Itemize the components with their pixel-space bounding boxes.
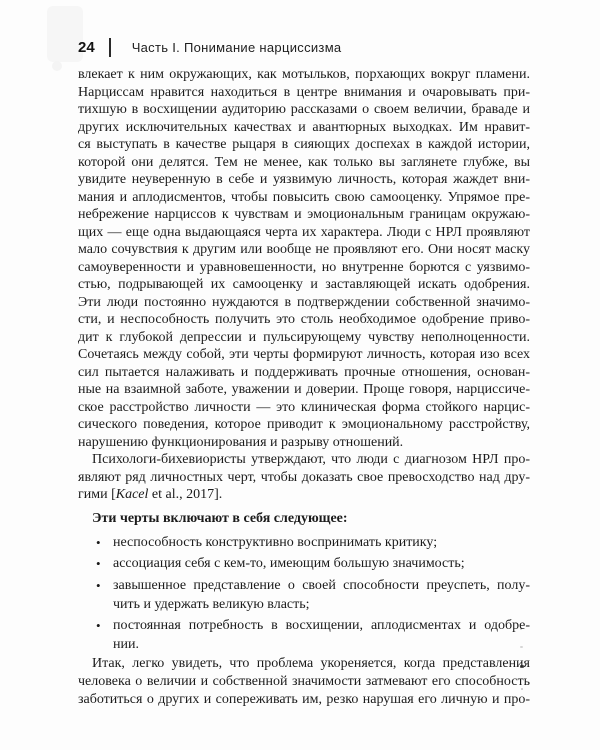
text-line: неспособность конструктивно воспринимать… <box>113 533 530 552</box>
text-line: являют ряд личностных черт, чтобы доказа… <box>78 469 530 487</box>
bullet-icon: • <box>78 616 113 654</box>
list-heading: Эти черты включают в себя следующее: <box>78 510 530 528</box>
text-line: которой они делятся. Тем не менее, как т… <box>78 154 530 172</box>
text-line: Эти люди постоянно нуждаются в подтвержд… <box>78 294 530 312</box>
text-line: Нарциссам нравится находиться в центре в… <box>78 84 530 102</box>
list-item: •ассоциация себя с кем-то, имеющим больш… <box>78 554 530 573</box>
text-line: ные на взаимной заботе, уважении и довер… <box>78 381 530 399</box>
page-content: влекает к ним окружающих, как мотыльков,… <box>78 66 530 709</box>
list-item: •неспособность конструктивно воспринимат… <box>78 533 530 552</box>
scan-artifact <box>52 61 62 71</box>
text-line: Итак, легко увидеть, что проблема укорен… <box>78 655 530 673</box>
text-line: влекает к ним окружающих, как мотыльков,… <box>78 66 530 84</box>
text-line: завышенное представление о своей способн… <box>113 576 530 595</box>
text-line: Сочетаясь между собой, эти черты формиру… <box>78 346 530 364</box>
page-number: 24 <box>78 39 95 56</box>
bullet-icon: • <box>78 533 113 552</box>
text-line: других исключительных качествах и авантю… <box>78 119 530 137</box>
list-item: •завышенное представление о своей способ… <box>78 576 530 614</box>
list-item-text: ассоциация себя с кем-то, имеющим большу… <box>113 554 530 573</box>
text-line: нарушению функционирования и разрыву отн… <box>78 434 530 452</box>
text-line: ское расстройство личности — это клиниче… <box>78 399 530 417</box>
section-header: Часть I. Понимание нарциссизма <box>132 40 342 55</box>
text-line: сти, и неспособность получить это столь … <box>78 311 530 329</box>
text-line: сил пытается налаживать и поддерживать п… <box>78 364 530 382</box>
text-line: мания и аплодисментов, чтобы повысить св… <box>78 189 530 207</box>
paragraph-3: Итак, легко увидеть, что проблема укорен… <box>78 655 530 709</box>
bullet-icon: • <box>78 576 113 614</box>
text-line: гими [Kacel et al., 2017]. <box>78 486 530 504</box>
paragraph-2: Психологи-бихевиористы утверждают, что л… <box>78 451 530 504</box>
text-line: небрежение нарциссов к чувствам и эмоцио… <box>78 206 530 224</box>
header-divider <box>109 38 111 57</box>
text-line: чить и удержать великую власть; <box>113 595 530 614</box>
text-line: постоянная потребность в восхищении, апл… <box>113 616 530 635</box>
text-line: Психологи-бихевиористы утверждают, что л… <box>78 451 530 469</box>
text-segment: гими [ <box>78 487 116 502</box>
book-page: 24 Часть I. Понимание нарциссизма влекае… <box>0 0 600 750</box>
text-line: ся выступать в качестве рыцаря в сияющих… <box>78 136 530 154</box>
text-line: самоуверенности и уравновешенности, но в… <box>78 259 530 277</box>
text-segment: et al., 2017]. <box>148 487 222 502</box>
text-line: мало сочувствия к другим или вообще не п… <box>78 241 530 259</box>
citation-author: Kacel <box>116 487 149 502</box>
list-item-text: завышенное представление о своей способн… <box>113 576 530 614</box>
text-line: дит к глубокой депрессии и пульсирующему… <box>78 329 530 347</box>
text-line: щих — еще одна выдающаяся черта их харак… <box>78 224 530 242</box>
text-line: стью, подрывающей их самооценку и застав… <box>78 276 530 294</box>
text-line: заботиться о других и сопереживать им, р… <box>78 691 530 709</box>
text-line: ассоциация себя с кем-то, имеющим большу… <box>113 554 530 573</box>
text-line: тихшую в восхищении аудиторию рассказами… <box>78 101 530 119</box>
paragraph-1: влекает к ним окружающих, как мотыльков,… <box>78 66 530 451</box>
list-item-text: постоянная потребность в восхищении, апл… <box>113 616 530 654</box>
text-line: нии. <box>113 635 530 654</box>
list-item: •постоянная потребность в восхищении, ап… <box>78 616 530 654</box>
list-item-text: неспособность конструктивно воспринимать… <box>113 533 530 552</box>
text-line: человека о величии и собственной значимо… <box>78 673 530 691</box>
page-header: 24 Часть I. Понимание нарциссизма <box>78 36 341 58</box>
text-line: сического поведения, которое приводит к … <box>78 416 530 434</box>
bullet-icon: • <box>78 554 113 573</box>
text-line: увидите неуверенную в себе и уязвимую ли… <box>78 171 530 189</box>
